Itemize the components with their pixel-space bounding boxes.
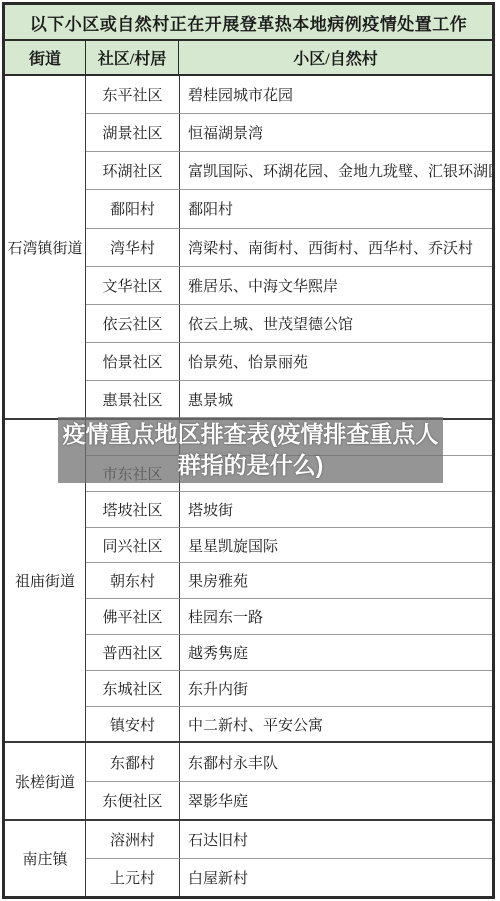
community-cell: 东鄱村 (86, 743, 179, 780)
community-cell: 同兴社区 (86, 528, 179, 563)
column-header-area: 小区/自然村 (178, 41, 492, 74)
community-cell: 湾华村 (86, 229, 179, 266)
street-group-shiwan: 石湾镇街道 东平社区 碧桂园城市花园 湖景社区 恒福湖景湾 环湖社区 富凯国际、… (5, 76, 492, 418)
table-row: 惠景社区 惠景城 (86, 380, 492, 418)
table-row: 上元村 白屋新村 (86, 858, 492, 896)
community-cell: 湖景社区 (86, 114, 179, 151)
community-cell: 怡景社区 (86, 343, 179, 380)
table-title: 以下小区或自然村正在开展登革热本地病例疫情处置工作 (5, 5, 492, 41)
column-header-community: 社区/村居 (85, 41, 178, 74)
column-header-row: 街道 社区/村居 小区/自然村 (5, 41, 492, 76)
area-cell: 中二新村、平安公寓 (179, 707, 492, 742)
watermark-caption-banner: 疫情重点地区排查表(疫情排查重点人 群指的是什么) (58, 417, 443, 483)
table-row: 塔坡社区 塔坡街 (86, 491, 492, 527)
community-cell: 文华社区 (86, 267, 179, 304)
table-body: 石湾镇街道 东平社区 碧桂园城市花园 湖景社区 恒福湖景湾 环湖社区 富凯国际、… (5, 76, 492, 896)
street-group-zhangcha: 张槎街道 东鄱村 东鄱村永丰队 东便社区 翠影华庭 (5, 741, 492, 818)
area-cell: 碧桂园城市花园 (179, 76, 492, 113)
community-cell: 塔坡社区 (86, 492, 179, 527)
table-row: 东城社区 东升内街 (86, 670, 492, 706)
area-cell: 翠影华庭 (179, 782, 492, 819)
area-cell: 惠景城 (179, 381, 492, 418)
community-cell: 朝东村 (86, 563, 179, 598)
table-row: 朝东村 果房雅苑 (86, 562, 492, 598)
area-cell: 东升内街 (179, 671, 492, 706)
watermark-caption-line1: 疫情重点地区排查表(疫情排查重点人 (63, 419, 439, 450)
area-cell: 恒福湖景湾 (179, 114, 492, 151)
area-cell: 果房雅苑 (179, 563, 492, 598)
group-rows: 溶洲村 石达旧村 上元村 白屋新村 (85, 821, 492, 896)
column-header-street: 街道 (5, 41, 85, 74)
area-cell: 湾梁村、南街村、西街村、西华村、乔沃村 (179, 229, 492, 266)
table-row: 湾华村 湾梁村、南街村、西街村、西华村、乔沃村 (86, 228, 492, 266)
table-row: 环湖社区 富凯国际、环湖花园、金地九珑璧、汇银环湖国际 (86, 151, 492, 189)
community-cell: 东平社区 (86, 76, 179, 113)
table-row: 东便社区 翠影华庭 (86, 781, 492, 819)
table-row: 鄱阳村 鄱阳村 (86, 189, 492, 227)
community-cell: 依云社区 (86, 305, 179, 342)
table-row: 同兴社区 星星凯旋国际 (86, 527, 492, 563)
table-row: 依云社区 依云上城、世茂望德公馆 (86, 304, 492, 342)
area-cell: 白屋新村 (179, 859, 492, 896)
area-cell: 怡景苑、怡景丽苑 (179, 343, 492, 380)
area-cell: 依云上城、世茂望德公馆 (179, 305, 492, 342)
area-cell: 雅居乐、中海文华熙岸 (179, 267, 492, 304)
street-cell: 张槎街道 (5, 743, 85, 818)
group-rows: 东鄱村 东鄱村永丰队 东便社区 翠影华庭 (85, 743, 492, 818)
community-cell: 东城社区 (86, 671, 179, 706)
street-cell: 南庄镇 (5, 821, 85, 896)
table-row: 溶洲村 石达旧村 (86, 821, 492, 858)
area-cell: 东鄱村永丰队 (179, 743, 492, 780)
table-row: 镇安村 中二新村、平安公寓 (86, 706, 492, 742)
table-row: 佛平社区 桂园东一路 (86, 598, 492, 634)
table-row: 怡景社区 怡景苑、怡景丽苑 (86, 342, 492, 380)
area-cell: 越秀隽庭 (179, 635, 492, 670)
area-cell: 塔坡街 (179, 492, 492, 527)
table-row: 东平社区 碧桂园城市花园 (86, 76, 492, 113)
area-cell: 石达旧村 (179, 821, 492, 858)
community-cell: 惠景社区 (86, 381, 179, 418)
area-cell: 桂园东一路 (179, 599, 492, 634)
street-group-nanzhuang: 南庄镇 溶洲村 石达旧村 上元村 白屋新村 (5, 819, 492, 896)
community-cell: 上元村 (86, 859, 179, 896)
community-cell: 普西社区 (86, 635, 179, 670)
community-cell: 镇安村 (86, 707, 179, 742)
watermark-caption-line2: 群指的是什么) (178, 450, 324, 481)
table-row: 普西社区 越秀隽庭 (86, 634, 492, 670)
area-cell: 星星凯旋国际 (179, 528, 492, 563)
community-cell: 东便社区 (86, 782, 179, 819)
community-cell: 溶洲村 (86, 821, 179, 858)
area-cell: 富凯国际、环湖花园、金地九珑璧、汇银环湖国际 (179, 152, 492, 189)
area-cell: 鄱阳村 (179, 190, 492, 227)
table-row: 湖景社区 恒福湖景湾 (86, 113, 492, 151)
table-row: 东鄱村 东鄱村永丰队 (86, 743, 492, 780)
table-row: 文华社区 雅居乐、中海文华熙岸 (86, 266, 492, 304)
street-cell: 石湾镇街道 (5, 76, 85, 418)
community-cell: 鄱阳村 (86, 190, 179, 227)
group-rows: 东平社区 碧桂园城市花园 湖景社区 恒福湖景湾 环湖社区 富凯国际、环湖花园、金… (85, 76, 492, 418)
community-cell: 环湖社区 (86, 152, 179, 189)
community-cell: 佛平社区 (86, 599, 179, 634)
